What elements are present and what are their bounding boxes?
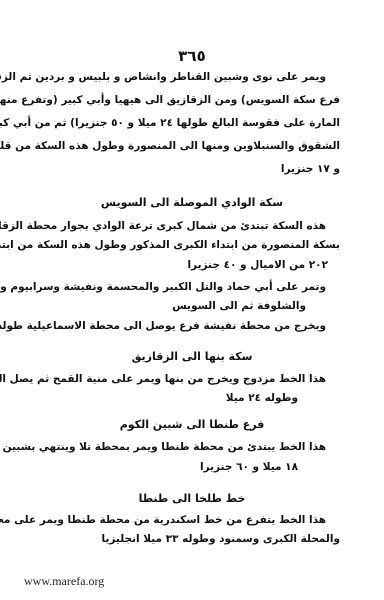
section-1-para-1-line-1: هذه السكة تبتدئ من شمال كبرى ترعة الوادي… — [48, 219, 326, 233]
section-heading-benha-zagazig: سكة بنها الى الزقازيق — [0, 350, 384, 364]
intro-line-3: المارة على فقوسة البالغ طولها ٢٤ ميلا و … — [48, 116, 340, 130]
section-4-para-1-line-1: هذا الخط يتفرع من خط اسكندرية من محطة طن… — [48, 513, 326, 527]
section-heading-tanta-shibin: فرع طنطا الى شبين الكوم — [0, 418, 384, 432]
intro-line-2: فرع سكة السويس) ومن الزقازيق الى هيهيا و… — [48, 93, 340, 107]
intro-line-4: الشقوق والسنبلاوين ومنها الى المنصورة وط… — [48, 139, 340, 153]
intro-line-5: و ١٧ جنزيرا — [281, 162, 340, 176]
watermark-url: www.marefa.org — [24, 574, 104, 589]
section-1-para-2-line-2: والشلوفة ثم الى السويس — [172, 299, 306, 313]
section-2-para-1-line-2: وطوله ٢٤ ميلا — [226, 391, 298, 405]
section-heading-talkha-tanta: خط طلخا الى طنطا — [0, 492, 384, 506]
section-1-para-1-line-2: بسكة المنصورة من ابتداء الكبرى المذكور و… — [48, 238, 340, 252]
section-1-para-3-line-1: ويخرج من محطة نفيشة فرع يوصل الى محطة ال… — [48, 319, 326, 333]
intro-line-1: ويمر على نوى وشبين القناطر وانشاص و بلبي… — [48, 70, 326, 84]
section-2-para-1-line-1: هذا الخط مزدوج ويخرج من بنها ويمر على من… — [48, 372, 326, 386]
section-1-para-2-line-1: وتمر على أبي حماد والتل الكبير والمحسمة … — [48, 280, 326, 294]
section-heading-wadi-line: سكة الوادي الموصلة الى السويس — [0, 196, 384, 210]
book-page: ٣٦٥ ويمر على نوى وشبين القناطر وانشاص و … — [0, 0, 384, 600]
page-number: ٣٦٥ — [0, 47, 384, 65]
section-1-para-1-line-3: ٢٠٢ من الاميال و ٤٠ جنزيرا — [187, 258, 328, 272]
section-3-para-1-line-1: هذا الخط يبتدئ من محطة طنطا ويمر بمحطة ت… — [48, 440, 326, 454]
section-4-para-1-line-2: والمحلة الكبرى وسمنود وطوله ٣٣ ميلا انجل… — [102, 532, 341, 546]
section-3-para-1-line-2: ١٨ ميلا و ٦٠ جنزيرا — [200, 460, 298, 474]
